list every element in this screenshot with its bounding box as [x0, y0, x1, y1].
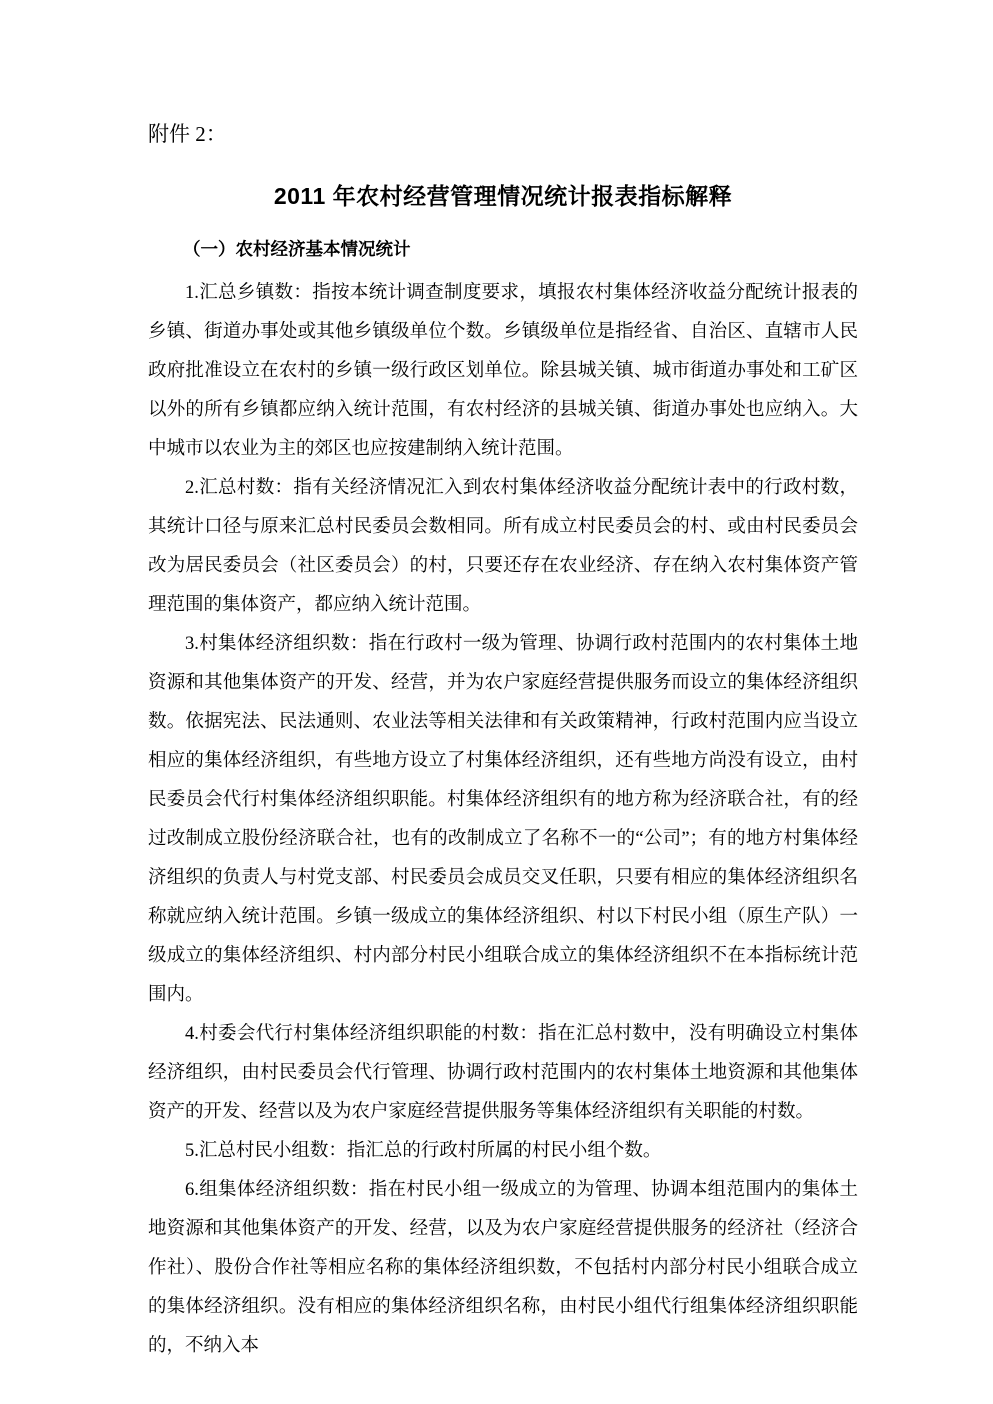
document-title: 2011 年农村经营管理情况统计报表指标解释 — [148, 178, 858, 214]
paragraph-5: 5.汇总村民小组数：指汇总的行政村所属的村民小组个数。 — [148, 1132, 858, 1171]
paragraph-4: 4.村委会代行村集体经济组织职能的村数：指在汇总村数中，没有明确设立村集体经济组… — [148, 1015, 858, 1132]
paragraph-6: 6.组集体经济组织数：指在村民小组一级成立的为管理、协调本组范围内的集体土地资源… — [148, 1171, 858, 1366]
paragraph-1: 1.汇总乡镇数：指按本统计调查制度要求，填报农村集体经济收益分配统计报表的乡镇、… — [148, 274, 858, 469]
paragraph-2: 2.汇总村数：指有关经济情况汇入到农村集体经济收益分配统计表中的行政村数，其统计… — [148, 469, 858, 625]
paragraph-3: 3.村集体经济组织数：指在行政村一级为管理、协调行政村范围内的农村集体土地资源和… — [148, 625, 858, 1015]
document-body: 1.汇总乡镇数：指按本统计调查制度要求，填报农村集体经济收益分配统计报表的乡镇、… — [148, 274, 858, 1366]
document-page: 附件 2： 2011 年农村经营管理情况统计报表指标解释 （一）农村经济基本情况… — [0, 0, 993, 1404]
attachment-label: 附件 2： — [148, 118, 858, 150]
section-heading: （一）农村经济基本情况统计 — [148, 236, 858, 262]
